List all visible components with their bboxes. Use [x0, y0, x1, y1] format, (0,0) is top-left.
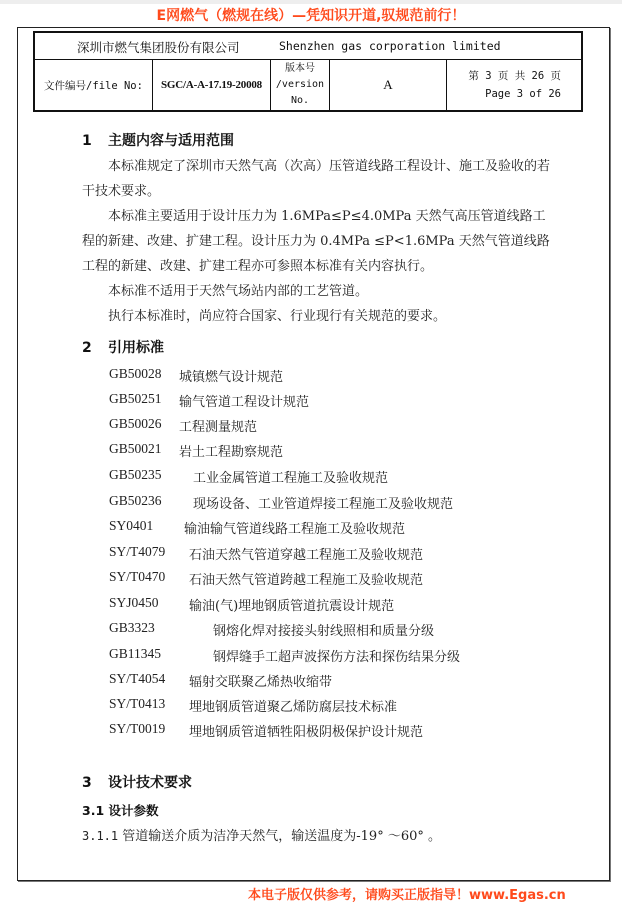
- reference-code: GB50021: [109, 441, 162, 457]
- reference-title: 现场设备、工业管道焊接工程施工及验收规范: [193, 493, 453, 512]
- company-name-cn: 深圳市燃气集团股份有限公司: [77, 38, 240, 56]
- paragraph: 本标准规定了深圳市天然气高（次高）压管道线路工程设计、施工及验收的若干技术要求。: [82, 154, 554, 204]
- top-strip: [0, 0, 622, 4]
- clause-number: 3.1.1: [82, 829, 118, 843]
- paragraph: 本标准主要适用于设计压力为 1.6MPa≤P≤4.0MPa 天然气高压管道线路工…: [82, 204, 554, 279]
- reference-title: 埋地钢质管道聚乙烯防腐层技术标准: [189, 696, 397, 715]
- reference-code: GB50235: [109, 467, 162, 483]
- section-title: 设计技术要求: [108, 775, 192, 791]
- reference-title: 输油输气管道线路工程施工及验收规范: [184, 518, 405, 537]
- section-title: 主题内容与适用范围: [108, 133, 234, 149]
- version-label-no: No.: [291, 93, 309, 109]
- clause-text: 管道输送介质为洁净天然气，输送温度为-19° ～60° 。: [122, 829, 441, 844]
- reference-title: 输油(气)埋地钢质管道抗震设计规范: [189, 595, 394, 614]
- reference-title: 岩土工程勘察规范: [179, 441, 283, 460]
- reference-title: 石油天然气管道跨越工程施工及验收规范: [189, 569, 423, 588]
- reference-title: 钢焊缝手工超声波探伤方法和探伤结果分级: [213, 646, 460, 665]
- subsection-number: 3.1: [82, 803, 104, 818]
- file-number-value: SGC/A-A-17.19-20008: [153, 60, 271, 110]
- reference-title: 工业金属管道工程施工及验收规范: [193, 467, 388, 486]
- section-number: 1: [82, 133, 108, 149]
- reference-code: GB3323: [109, 620, 155, 636]
- reference-title: 石油天然气管道穿越工程施工及验收规范: [189, 544, 423, 563]
- reference-code: GB11345: [109, 646, 161, 662]
- header-info-row: 文件编号/file No: SGC/A-A-17.19-20008 版本号 /v…: [35, 60, 581, 110]
- reference-code: SYJ0450: [109, 595, 159, 611]
- page-indicator-en: Page 3 of 26: [485, 85, 561, 103]
- version-value: A: [330, 60, 447, 110]
- document-header-table: 深圳市燃气集团股份有限公司 Shenzhen gas corporation l…: [33, 31, 583, 112]
- paragraph: 执行本标准时，尚应符合国家、行业现行有关规范的要求。: [82, 304, 554, 329]
- reference-code: SY/T0413: [109, 696, 165, 712]
- version-label-cn: 版本号: [285, 61, 315, 77]
- reference-code: SY/T0019: [109, 721, 165, 737]
- page-indicator: 第 3 页 共 26 页 Page 3 of 26: [447, 60, 581, 110]
- page-indicator-cn: 第 3 页 共 26 页: [468, 67, 561, 85]
- watermark-bottom: 本电子版仅供参考，请购买正版指导！www.Egas.cn: [248, 884, 566, 903]
- reference-code: SY/T4054: [109, 671, 165, 687]
- file-number-label: 文件编号/file No:: [35, 60, 153, 110]
- section-1-heading: 1主题内容与适用范围: [82, 130, 234, 150]
- reference-title: 辐射交联聚乙烯热收缩带: [189, 671, 332, 690]
- reference-title: 工程测量规范: [179, 416, 257, 435]
- reference-code: SY/T4079: [109, 544, 165, 560]
- watermark-top: E网燃气（燃规在线）—凭知识开道,驭规范前行！: [0, 5, 622, 25]
- reference-title: 埋地钢质管道牺牲阳极阴极保护设计规范: [189, 721, 423, 740]
- reference-code: SY0401: [109, 518, 153, 534]
- reference-title: 输气管道工程设计规范: [179, 391, 309, 410]
- reference-code: GB50251: [109, 391, 162, 407]
- section-title: 引用标准: [108, 340, 164, 356]
- reference-title: 城镇燃气设计规范: [179, 366, 283, 385]
- section-number: 3: [82, 775, 108, 791]
- paragraph: 本标准不适用于天然气场站内部的工艺管道。: [82, 279, 554, 304]
- company-name-en: Shenzhen gas corporation limited: [279, 39, 501, 53]
- reference-code: GB50028: [109, 366, 162, 382]
- reference-title: 钢熔化焊对接接头射线照相和质量分级: [213, 620, 434, 639]
- reference-code: GB50026: [109, 416, 162, 432]
- subsection-heading: 3.1 设计参数: [82, 801, 159, 819]
- section-2-heading: 2引用标准: [82, 337, 164, 357]
- section-number: 2: [82, 340, 108, 356]
- reference-code: GB50236: [109, 493, 162, 509]
- header-company-row: 深圳市燃气集团股份有限公司 Shenzhen gas corporation l…: [35, 33, 581, 60]
- reference-code: SY/T0470: [109, 569, 165, 585]
- clause: 3.1.1 管道输送介质为洁净天然气，输送温度为-19° ～60° 。: [82, 825, 441, 844]
- subsection-title: 设计参数: [109, 803, 159, 818]
- version-label: 版本号 /version No.: [271, 60, 330, 110]
- section-3-heading: 3设计技术要求: [82, 772, 192, 792]
- version-label-en: /version: [276, 77, 324, 93]
